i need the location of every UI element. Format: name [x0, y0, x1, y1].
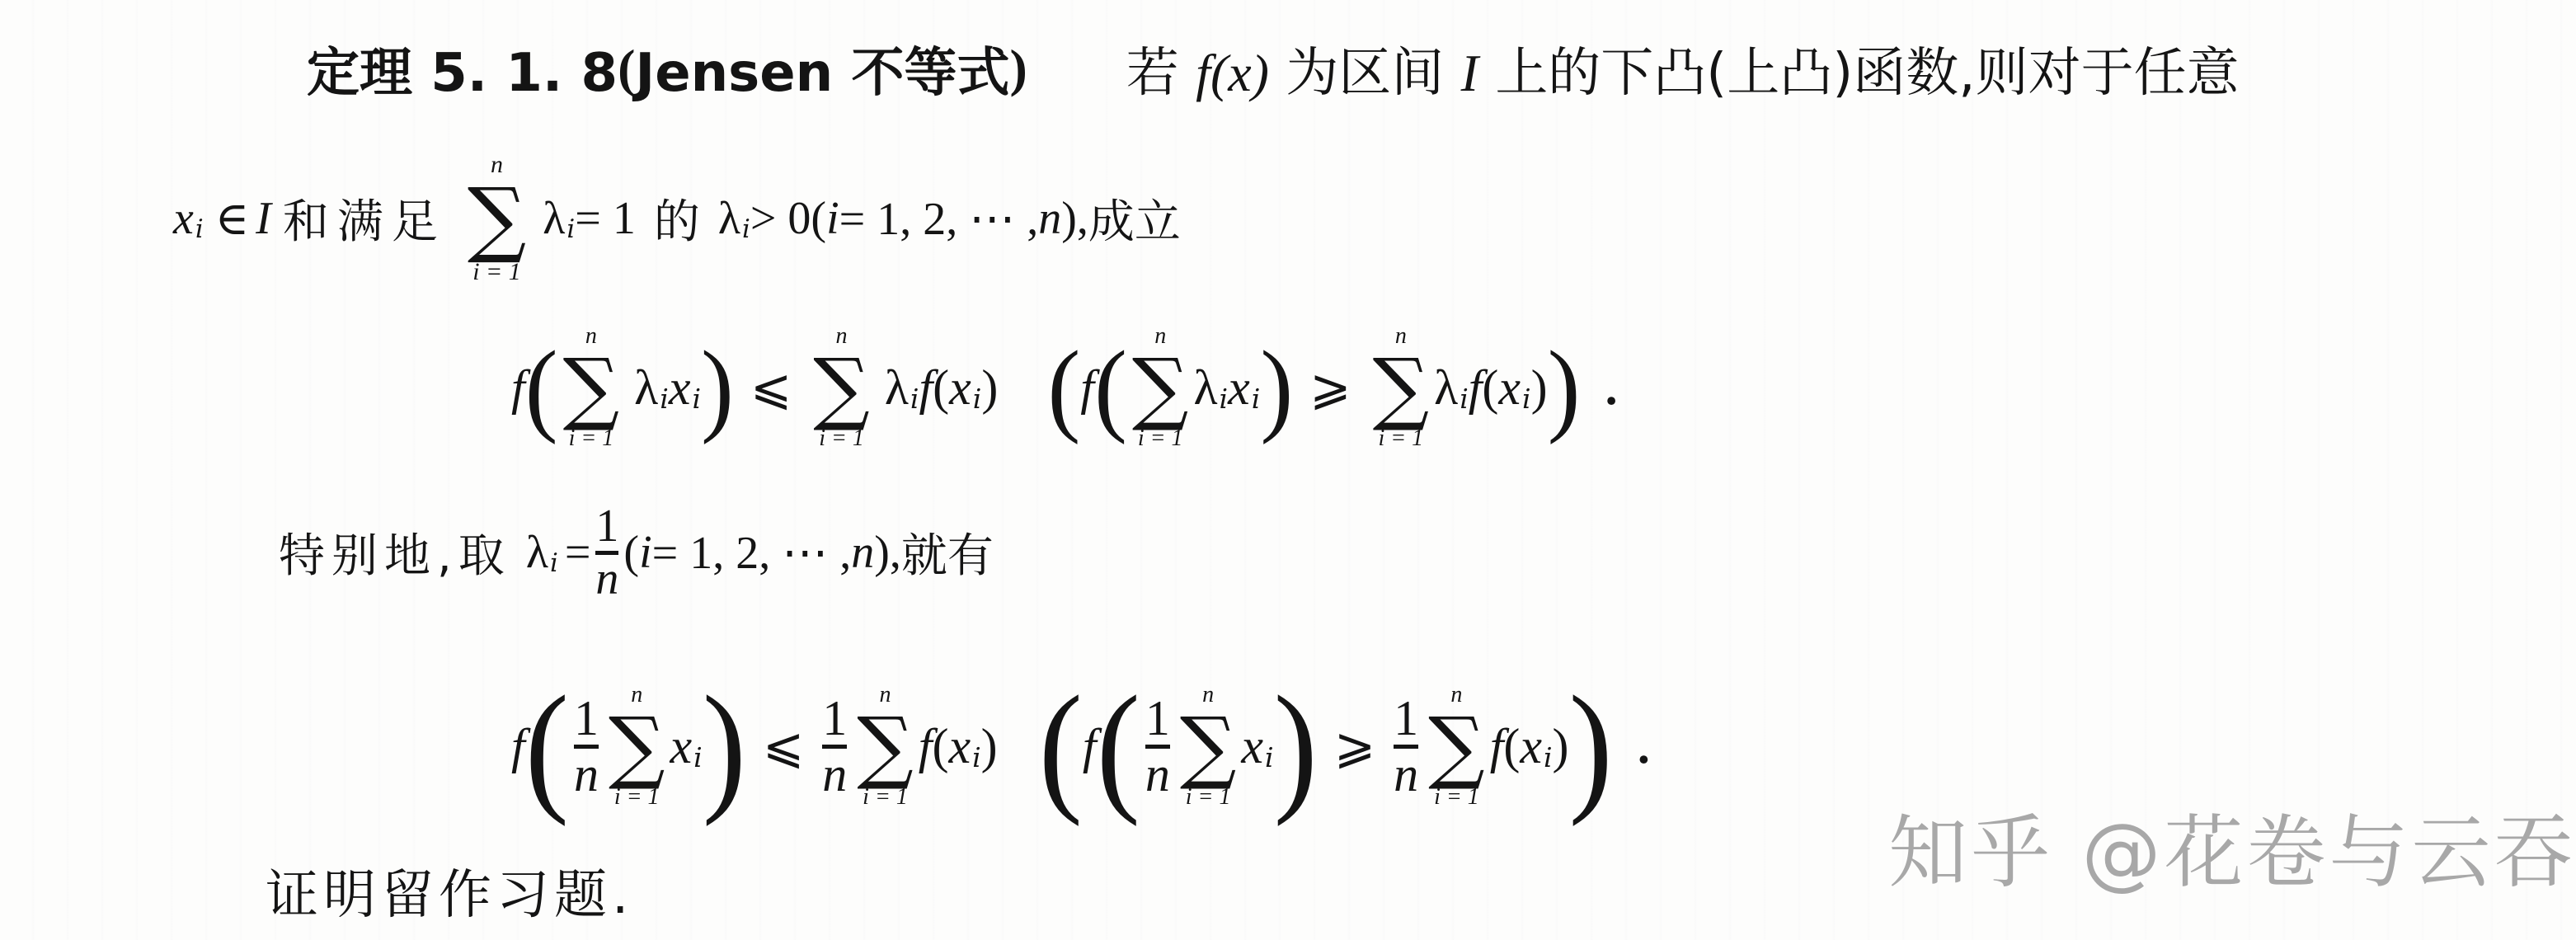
- fraction-one-over-n: 1 n: [595, 502, 618, 604]
- summation: n ∑ i = 1: [1180, 684, 1237, 809]
- math-x: x: [1241, 718, 1263, 775]
- math-x: x: [949, 360, 971, 416]
- fraction-numerator: 1: [1394, 693, 1418, 745]
- big-left-paren: (: [1094, 328, 1127, 448]
- math-element-of: ∈: [215, 192, 249, 246]
- math-lambda: λ: [718, 192, 740, 245]
- math-positive-condition: > 0(: [750, 192, 826, 245]
- math-subscript-i: i: [566, 214, 575, 244]
- statement-text: 为区间: [1286, 43, 1444, 104]
- math-index-range: = 1, 2, ⋯ ,: [839, 192, 1039, 246]
- theorem-name-open-paren: (: [618, 38, 635, 99]
- fraction-one-over-n: 1 n: [1394, 693, 1418, 801]
- math-interval-I: I: [256, 192, 271, 245]
- statement-text: 若: [1126, 43, 1179, 104]
- sum-lower-limit: i = 1: [819, 427, 864, 450]
- sigma-icon: ∑: [857, 707, 914, 786]
- math-lambda: λ: [885, 360, 909, 416]
- period: .: [1638, 718, 1650, 775]
- fraction-one-over-n: 1 n: [1145, 693, 1170, 801]
- math-subscript-i: i: [1544, 741, 1553, 773]
- math-equals: =: [565, 526, 591, 579]
- summation: n ∑ i = 1: [468, 153, 526, 284]
- sum-lower-limit: i = 1: [1138, 427, 1183, 450]
- math-f: f: [511, 718, 525, 775]
- math-subscript-i: i: [972, 741, 981, 773]
- special-case-text: 就有: [901, 519, 994, 585]
- sigma-icon: ∑: [1428, 707, 1485, 786]
- math-subscript-i: i: [550, 548, 558, 578]
- sigma-icon: ∑: [1132, 348, 1189, 427]
- sigma-icon: ∑: [609, 707, 665, 786]
- math-f: f: [919, 360, 933, 416]
- sum-lower-limit: i = 1: [1186, 786, 1231, 809]
- math-paren: ): [981, 360, 998, 416]
- math-subscript-i: i: [1220, 383, 1229, 415]
- big-right-paren: ): [1548, 328, 1581, 448]
- math-subscript-i: i: [693, 741, 703, 773]
- fraction-denominator: n: [822, 749, 847, 801]
- math-x: x: [669, 360, 691, 416]
- math-x: x: [1498, 360, 1521, 416]
- math-lambda: λ: [1193, 360, 1217, 416]
- math-x: x: [1228, 360, 1250, 416]
- zhihu-watermark: 知乎 @花卷与云吞: [1888, 790, 2576, 903]
- math-index-range: = 1, 2, ⋯ ,: [652, 526, 852, 580]
- fraction-denominator: n: [1145, 749, 1170, 801]
- math-n: n: [1038, 192, 1061, 245]
- summation: n ∑ i = 1: [1428, 684, 1485, 809]
- math-f: f: [1490, 718, 1504, 775]
- condition-text: 的: [654, 186, 700, 251]
- big-right-paren: ): [1260, 328, 1293, 448]
- math-subscript-i: i: [1265, 741, 1274, 773]
- math-f: f: [511, 360, 525, 416]
- summation: n ∑ i = 1: [563, 325, 620, 450]
- big-right-paren: ): [1274, 662, 1318, 830]
- math-subscript-i: i: [910, 383, 919, 415]
- special-case-text: 特别地,取: [279, 519, 511, 585]
- math-paren: ): [1531, 360, 1548, 416]
- math-subscript-i: i: [1522, 383, 1531, 415]
- math-paren: (: [932, 718, 948, 775]
- math-x: x: [948, 718, 971, 775]
- math-interval-I: I: [1461, 44, 1478, 102]
- math-lambda: λ: [1434, 360, 1458, 416]
- summation: n ∑ i = 1: [1373, 325, 1430, 450]
- math-x: x: [670, 718, 692, 775]
- theorem-name-close-paren: ): [1010, 38, 1027, 99]
- big-right-paren: ): [701, 328, 734, 448]
- math-close-paren: ),: [874, 526, 901, 579]
- theorem-heading-line: 定理 5. 1. 8 ( Jensen 不等式 ) 若 f(x) 为区间 I 上…: [307, 23, 2240, 114]
- math-f: f: [1083, 718, 1097, 775]
- math-paren: ): [1553, 718, 1569, 775]
- condition-line: xi ∈ I 和满足 n ∑ i = 1 λi = 1 的 λi > 0( i …: [173, 124, 1181, 313]
- math-f: f: [1469, 360, 1483, 416]
- arithmetic-mean-jensen-display: f ( 1 n n ∑ i = 1 xi ) ⩽ 1 n n ∑ i = 1 f…: [511, 651, 1650, 841]
- fraction-numerator: 1: [595, 502, 618, 551]
- condition-text: 和满足: [283, 186, 446, 251]
- condition-text: 成立: [1088, 186, 1181, 251]
- sigma-icon: ∑: [563, 348, 620, 427]
- big-right-paren: ): [703, 662, 746, 830]
- sigma-icon: ∑: [813, 348, 870, 427]
- theorem-name: Jensen 不等式: [635, 31, 1009, 106]
- math-f: f: [1196, 44, 1210, 102]
- fraction-numerator: 1: [1145, 693, 1170, 745]
- math-paren: (: [1503, 718, 1520, 775]
- big-right-paren: ): [1569, 662, 1613, 830]
- math-subscript-i: i: [692, 383, 701, 415]
- math-leq: ⩽: [750, 359, 792, 416]
- math-subscript-i: i: [1252, 383, 1261, 415]
- math-paren: (: [933, 360, 949, 416]
- math-x: x: [1520, 718, 1542, 775]
- math-lambda: λ: [634, 360, 658, 416]
- math-geq: ⩾: [1334, 717, 1375, 775]
- special-case-line: 特别地,取 λi = 1 n ( i = 1, 2, ⋯ , n ), 就有: [279, 482, 994, 623]
- math-geq: ⩾: [1309, 359, 1351, 416]
- fraction-denominator: n: [574, 749, 599, 801]
- proof-note-text: 证明留作习题.: [266, 853, 633, 928]
- math-leq: ⩽: [763, 717, 804, 775]
- math-n: n: [851, 526, 874, 579]
- sigma-icon: ∑: [1373, 348, 1430, 427]
- proof-note: 证明留作习题.: [266, 849, 633, 932]
- fraction-one-over-n: 1 n: [574, 693, 599, 801]
- fraction-numerator: 1: [574, 693, 599, 745]
- math-close-paren: ),: [1061, 192, 1088, 245]
- math-subscript-i: i: [973, 383, 982, 415]
- big-left-paren: (: [1039, 662, 1083, 830]
- summation: n ∑ i = 1: [609, 684, 665, 809]
- math-subscript-i: i: [660, 383, 669, 415]
- math-lambda: λ: [543, 192, 565, 245]
- sum-lower-limit: i = 1: [1434, 786, 1479, 809]
- fraction-numerator: 1: [822, 693, 847, 745]
- statement-text: 上的下凸(上凸)函数,则对于任意: [1495, 43, 2239, 104]
- big-left-paren: (: [525, 328, 558, 448]
- sum-lower-limit: i = 1: [863, 786, 908, 809]
- theorem-statement-start: 若 f(x) 为区间 I 上的下凸(上凸)函数,则对于任意: [1126, 31, 2240, 106]
- math-open-paren: (: [623, 526, 639, 579]
- summation: n ∑ i = 1: [857, 684, 914, 809]
- math-subscript-i: i: [195, 214, 204, 244]
- sigma-icon: ∑: [1180, 707, 1237, 786]
- sum-lower-limit: i = 1: [1378, 427, 1423, 450]
- fraction-denominator: n: [595, 555, 618, 604]
- math-f: f: [919, 718, 933, 775]
- big-left-paren: (: [1047, 328, 1080, 448]
- math-index-i: i: [826, 192, 839, 245]
- big-left-paren: (: [1097, 662, 1140, 830]
- math-subscript-i: i: [742, 214, 750, 244]
- math-equals-one: = 1: [575, 192, 636, 245]
- sum-lower-limit: i = 1: [472, 260, 521, 284]
- math-index-i: i: [639, 526, 652, 579]
- math-paren: (: [1482, 360, 1498, 416]
- math-paren-x: (x): [1210, 44, 1269, 102]
- fraction-one-over-n: 1 n: [822, 693, 847, 801]
- jensen-inequality-display: f ( n ∑ i = 1 λi xi ) ⩽ n ∑ i = 1 λi f(x…: [511, 305, 1618, 470]
- sigma-icon: ∑: [468, 177, 526, 260]
- sum-lower-limit: i = 1: [614, 786, 660, 809]
- math-f: f: [1080, 360, 1094, 416]
- summation: n ∑ i = 1: [813, 325, 870, 450]
- fraction-denominator: n: [1394, 749, 1418, 801]
- math-x: x: [173, 192, 194, 245]
- big-left-paren: (: [525, 662, 569, 830]
- period: .: [1605, 360, 1618, 416]
- math-paren: ): [981, 718, 998, 775]
- summation: n ∑ i = 1: [1132, 325, 1189, 450]
- math-lambda: λ: [526, 526, 548, 579]
- theorem-label: 定理 5. 1. 8: [307, 31, 618, 106]
- math-subscript-i: i: [1460, 383, 1469, 415]
- sum-lower-limit: i = 1: [569, 427, 614, 450]
